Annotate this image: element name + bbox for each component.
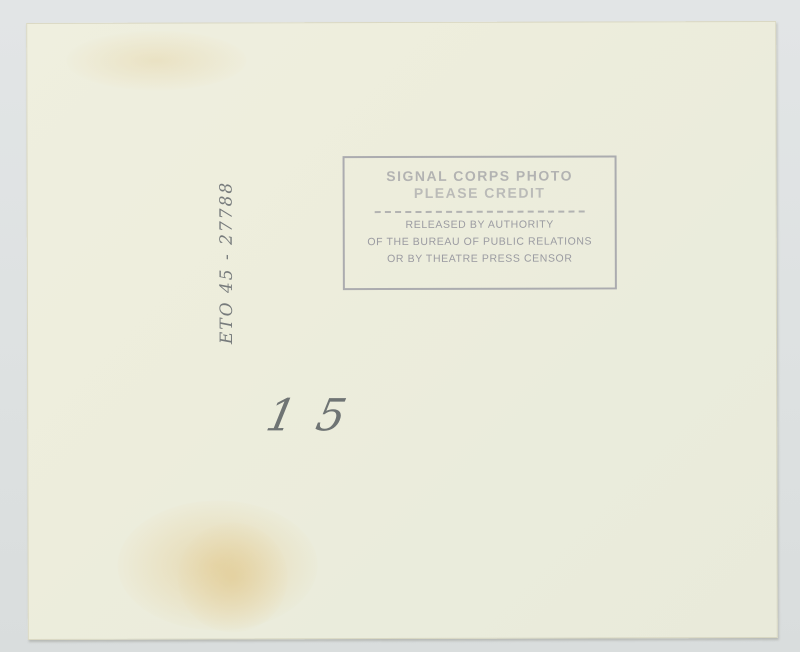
age-stain	[178, 522, 288, 632]
handwritten-reference-number: ETO 45 - 27788	[217, 152, 238, 372]
stamp-line-5: OR BY THEATRE PRESS CENSOR	[345, 252, 615, 265]
handwritten-page-number: 15	[262, 390, 373, 441]
stamp-line-2: PLEASE CREDIT	[345, 184, 615, 201]
stamp-line-1: SIGNAL CORPS PHOTO	[345, 167, 615, 184]
age-stain	[66, 30, 246, 90]
stamp-line-3: RELEASED BY AUTHORITY	[345, 218, 615, 231]
photo-back-paper: SIGNAL CORPS PHOTO PLEASE CREDIT RELEASE…	[26, 21, 778, 640]
stamp-line-4: OF THE BUREAU OF PUBLIC RELATIONS	[345, 235, 615, 248]
stamp-divider	[375, 211, 585, 214]
signal-corps-stamp: SIGNAL CORPS PHOTO PLEASE CREDIT RELEASE…	[343, 155, 617, 290]
